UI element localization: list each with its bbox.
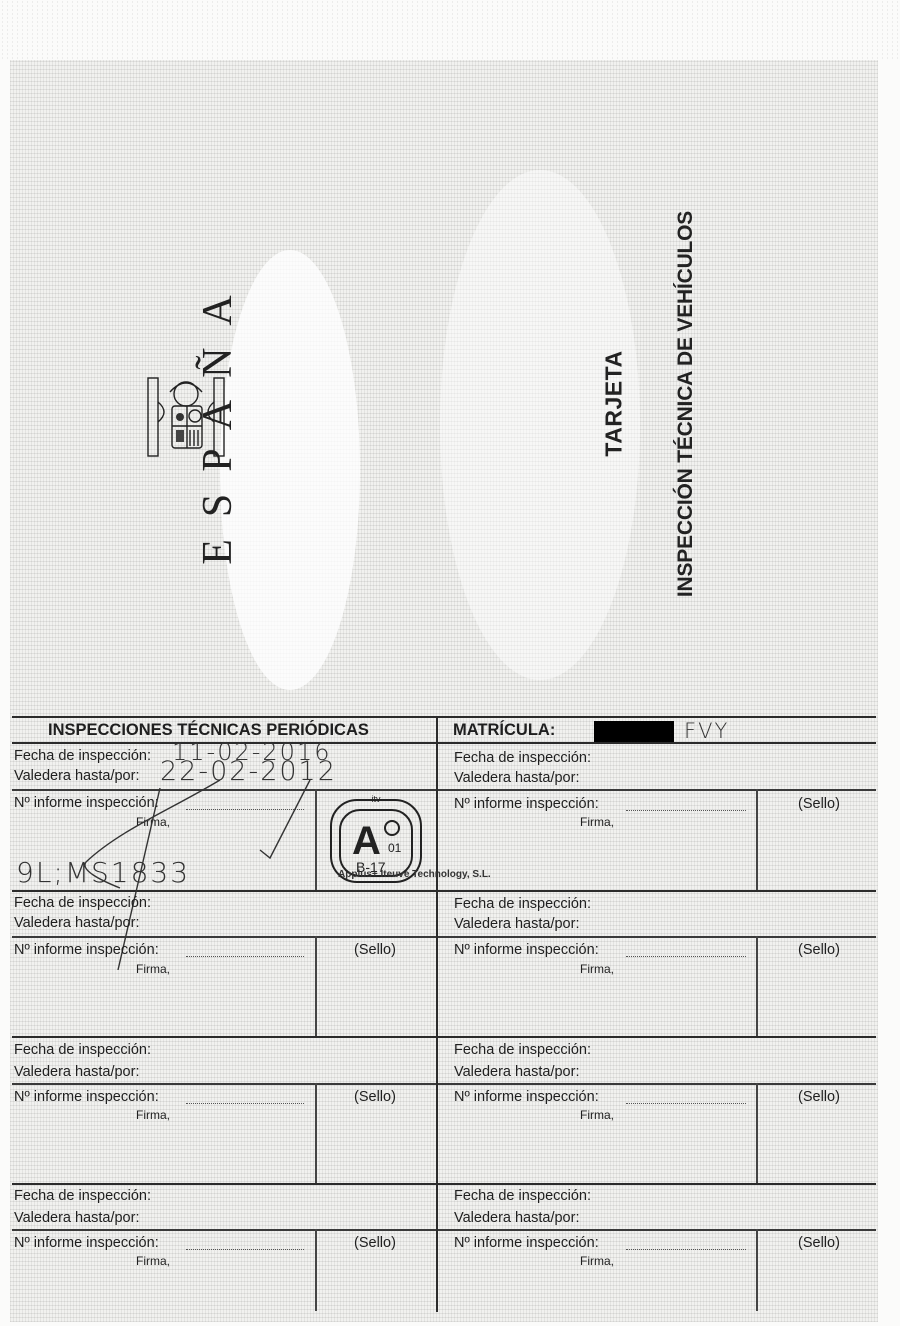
sello-label: (Sello) [354,942,396,958]
valedera-label: Valedera hasta/por: [14,1064,139,1080]
firma-label: Firma, [580,962,614,976]
sello-divider [756,936,758,1036]
rule [12,1083,876,1085]
informe-dotted-line [626,810,746,811]
informe-label: Nº informe inspección: [14,1089,159,1105]
country-name: ESPAÑA [194,269,242,569]
firma-label: Firma, [136,1254,170,1268]
informe-label: Nº informe inspección: [454,796,599,812]
fecha-label: Fecha de inspección: [14,1188,151,1204]
informe-label: Nº informe inspección: [454,1089,599,1105]
informe-label: Nº informe inspección: [14,942,159,958]
sello-divider [756,1229,758,1311]
fecha-label: Fecha de inspección: [454,750,591,766]
sello-label: (Sello) [798,1089,840,1105]
informe-dotted-line [626,956,746,957]
sello-label: (Sello) [798,1235,840,1251]
valedera-label: Valedera hasta/por: [14,1210,139,1226]
informe-dotted-line [626,1103,746,1104]
firma-label: Firma, [580,1108,614,1122]
sello-divider [756,1083,758,1183]
card-subtitle: INSPECCIÓN TÉCNICA DE VEHÍCULOS [674,174,698,634]
valedera-label: Valedera hasta/por: [454,770,579,786]
sello-label: (Sello) [798,796,840,812]
stamp-company: Applus+ Iteuve Technology, S.L. [338,870,491,880]
sello-divider [315,1229,317,1311]
fecha-label: Fecha de inspección: [454,896,591,912]
sello-label: (Sello) [354,1235,396,1251]
informe-label: Nº informe inspección: [454,1235,599,1251]
firma-label: Firma, [136,962,170,976]
sello-label: (Sello) [354,1089,396,1105]
rule [12,1036,876,1038]
card-title: TARJETA [601,304,628,504]
redacted-plate [594,721,674,742]
valedera-label: Valedera hasta/por: [454,1064,579,1080]
sello-label: (Sello) [798,942,840,958]
fecha-label: Fecha de inspección: [454,1042,591,1058]
valedera-label: Valedera hasta/por: [14,915,139,931]
column-divider [436,716,438,1312]
informe-dotted-line [186,1103,304,1104]
firma-label: Firma, [136,1108,170,1122]
rule [12,742,876,744]
matricula-value: FVY [684,719,729,743]
svg-text:01: 01 [388,841,402,855]
matricula-label: MATRÍCULA: [453,721,555,740]
signature-icon [60,770,350,970]
sello-divider [756,789,758,890]
svg-text:A: A [352,819,381,863]
informe-label: Nº informe inspección: [454,942,599,958]
fecha-label: Fecha de inspección: [14,895,151,911]
rule [12,716,876,718]
svg-text:itv: itv [372,794,382,804]
rule [12,1183,876,1185]
fecha-label: Fecha de inspección: [14,1042,151,1058]
rule [12,1229,876,1231]
fecha-label: Fecha de inspección: [14,748,151,764]
firma-label: Firma, [580,1254,614,1268]
valedera-label: Valedera hasta/por: [454,916,579,932]
valedera-label: Valedera hasta/por: [454,1210,579,1226]
card-cover: ESPAÑA TARJETA INSPECCIÓN TÉCNICA DE VEH… [0,0,900,715]
informe-dotted-line [186,956,304,957]
informe-dotted-line [186,1249,304,1250]
informe-label: Nº informe inspección: [14,1235,159,1251]
fecha-label: Fecha de inspección: [454,1188,591,1204]
sello-divider [315,1083,317,1183]
informe-dotted-line [626,1249,746,1250]
firma-label: Firma, [580,815,614,829]
